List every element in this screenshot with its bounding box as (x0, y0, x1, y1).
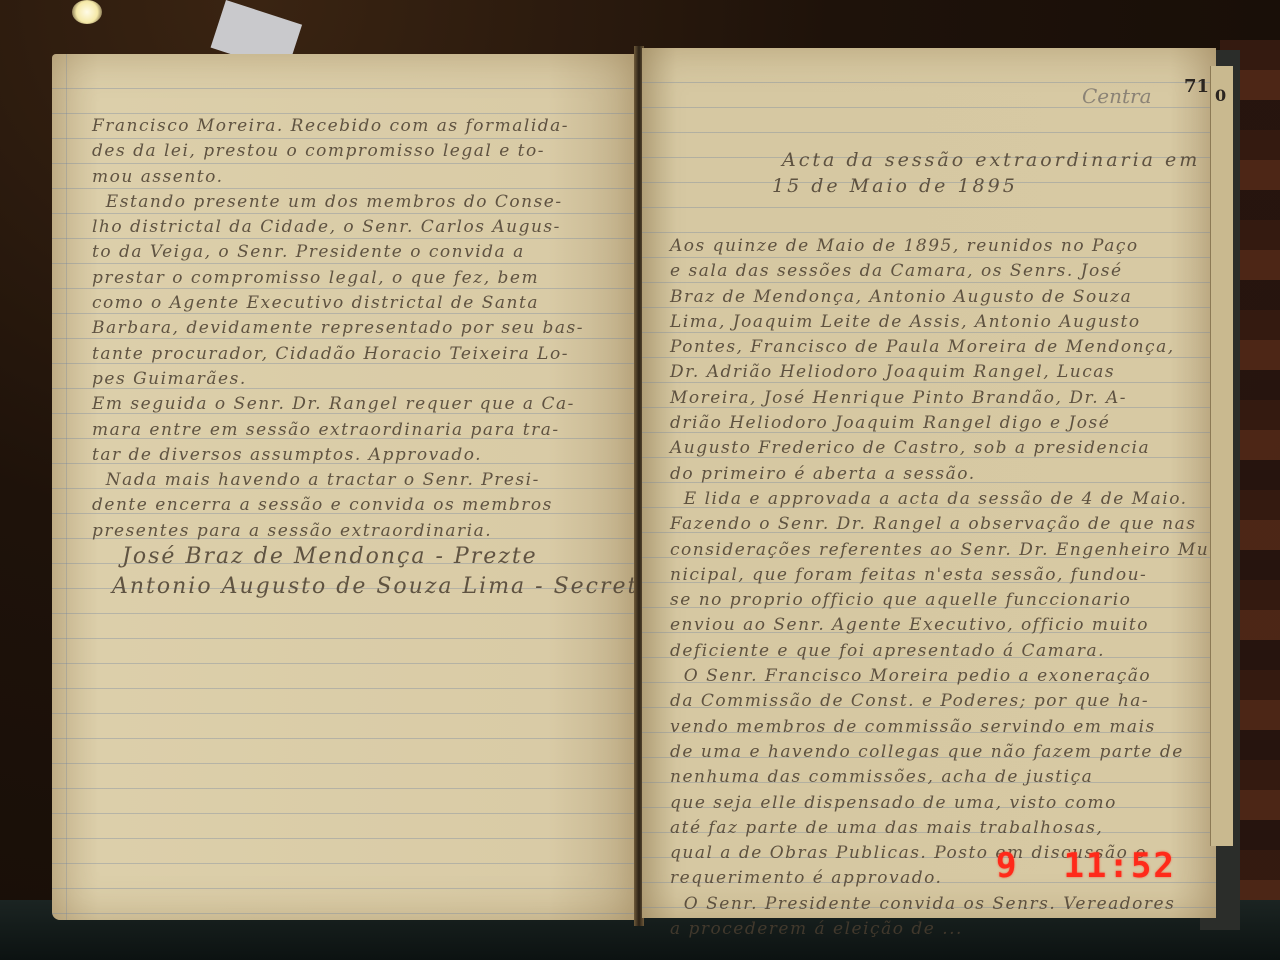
minutes-title-line-2: 15 de Maio de 1895 (772, 174, 1018, 199)
minutes-title-line-1: Acta da sessão extraordinaria em (782, 148, 1200, 173)
page-number: 71 (1184, 76, 1209, 97)
pencil-note: Centra (1082, 84, 1152, 108)
camera-timestamp: 9 11:52 (996, 846, 1176, 886)
timestamp-day: 9 (996, 846, 1018, 886)
left-page-text: Francisco Moreira. Recebido com as forma… (92, 114, 584, 544)
margin-line (66, 54, 67, 920)
signature-president: José Braz de Mendonça - Prezte (122, 544, 538, 569)
left-page: Francisco Moreira. Recebido com as forma… (52, 54, 636, 920)
right-page-text: Aos quinze de Maio de 1895, reunidos no … (670, 234, 1216, 942)
page-edge-tab: 0 (1210, 66, 1233, 846)
right-page: Centra 71 Acta da sessão extraordinaria … (642, 48, 1216, 918)
timestamp-time: 11:52 (1063, 846, 1175, 886)
tab-number: 0 (1215, 86, 1226, 105)
signature-secretary: Antonio Augusto de Souza Lima - Secretar… (112, 574, 690, 599)
lamp-glare (72, 0, 102, 24)
